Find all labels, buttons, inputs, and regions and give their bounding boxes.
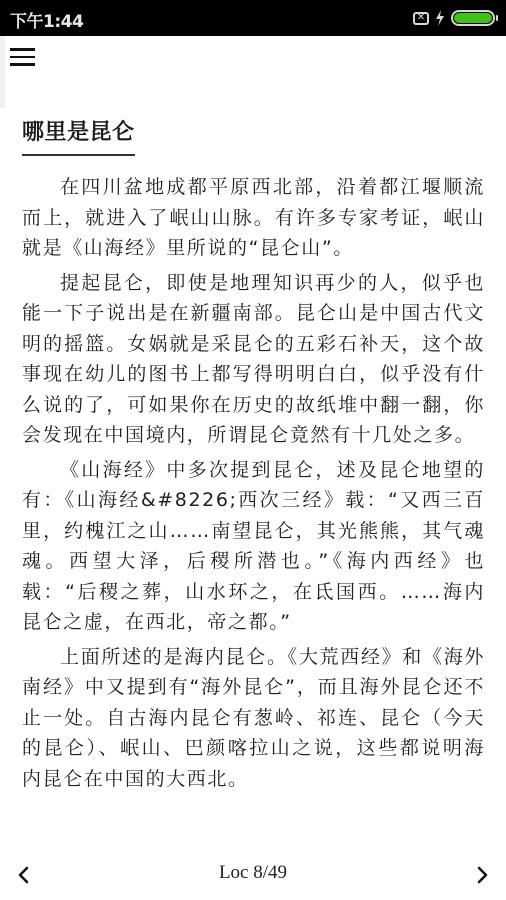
status-icons: ✕ bbox=[413, 9, 498, 27]
hamburger-menu-icon[interactable] bbox=[10, 48, 36, 70]
status-bar: 下午1:44 ✕ bbox=[0, 0, 506, 36]
chapter-title: 哪里是昆仑 bbox=[22, 118, 135, 156]
reader-content: 哪里是昆仑 在四川盆地成都平原西北部，沿着都江堰顺流而上，就进入了岷山山脉。有许… bbox=[22, 118, 485, 798]
battery-icon bbox=[451, 10, 498, 26]
menu-bar bbox=[10, 56, 35, 59]
menu-bar bbox=[10, 48, 35, 51]
paragraph: 提起昆仑，即使是地理知识再少的人，似乎也能一下子说出是在新疆南部。昆仑山是中国古… bbox=[22, 268, 485, 451]
paragraph: 《山海经》中多次提到昆仑，述及昆仑地望的有：《山海经&#8226;西次三经》载：… bbox=[22, 455, 485, 638]
status-time: 下午1:44 bbox=[10, 7, 83, 32]
battery-tip bbox=[496, 15, 498, 21]
chevron-right-icon[interactable] bbox=[472, 865, 492, 885]
battery-body bbox=[451, 10, 495, 26]
battery-fill bbox=[454, 13, 492, 23]
paragraph: 在四川盆地成都平原西北部，沿着都江堰顺流而上，就进入了岷山山脉。有许多专家考证，… bbox=[22, 172, 485, 264]
charging-bolt-icon bbox=[435, 10, 445, 26]
page-navigation: Loc 8/49 bbox=[0, 855, 506, 895]
location-indicator: Loc 8/49 bbox=[0, 862, 506, 884]
menu-bar bbox=[10, 63, 35, 66]
sim-card-x-icon: ✕ bbox=[413, 12, 429, 25]
side-drawer-edge[interactable] bbox=[0, 36, 5, 108]
paragraph: 上面所述的是海内昆仑。《大荒西经》和《海外南经》中又提到有“海外昆仑”，而且海外… bbox=[22, 642, 485, 795]
